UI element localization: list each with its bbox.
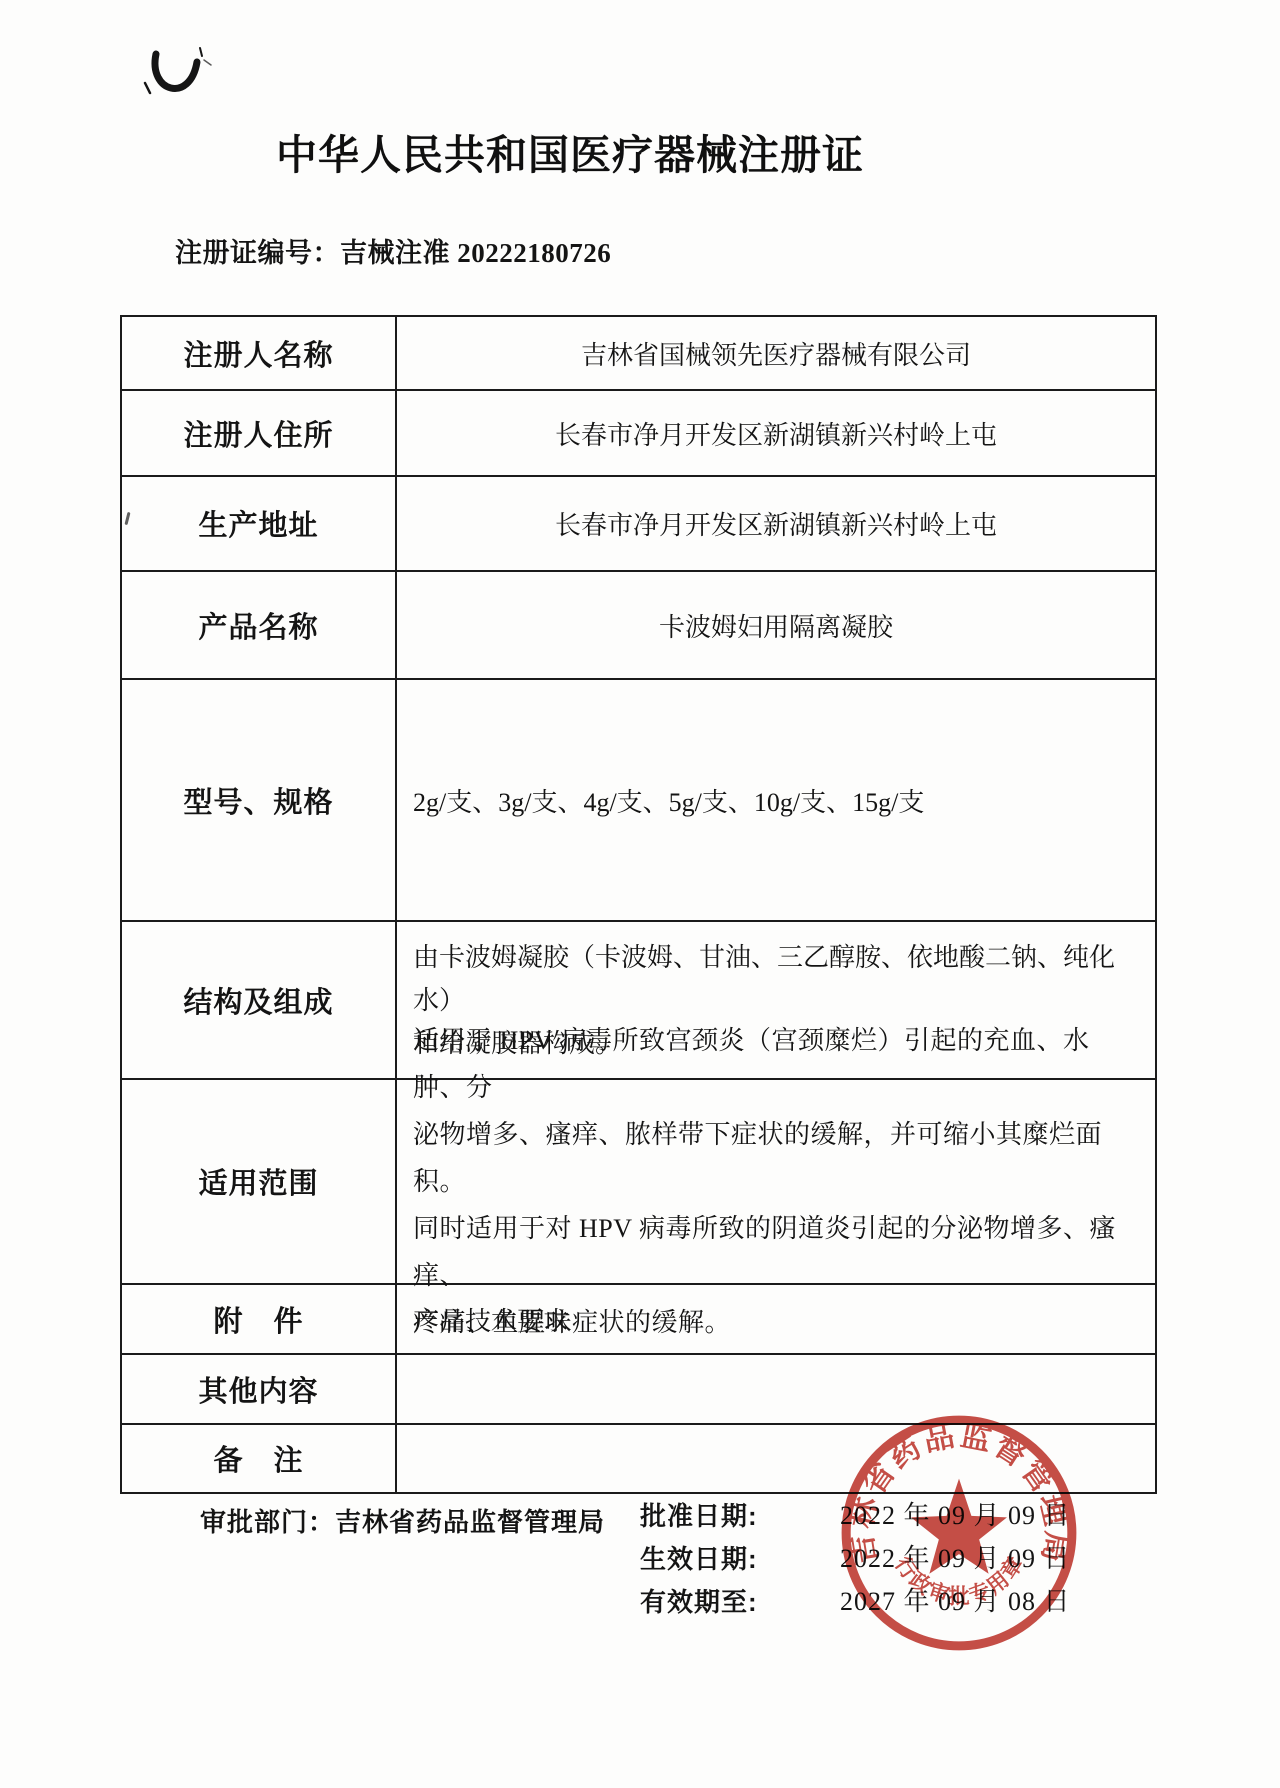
- table-row: 型号、规格 2g/支、3g/支、4g/支、5g/支、10g/支、15g/支: [122, 680, 1155, 922]
- registration-table: 注册人名称 吉林省国械领先医疗器械有限公司 注册人住所 长春市净月开发区新湖镇新…: [120, 315, 1157, 1494]
- approval-department-value: 吉林省药品监督管理局: [335, 1507, 605, 1537]
- table-row: 产品名称 卡波姆妇用隔离凝胶: [122, 572, 1155, 680]
- cert-number-label: 注册证编号：: [175, 238, 340, 268]
- scanned-certificate-page: { "page": { "title": "中华人民共和国医疗器械注册证", "…: [0, 0, 1280, 1788]
- table-row: 注册人名称 吉林省国械领先医疗器械有限公司: [122, 317, 1155, 391]
- approval-department: 审批部门：吉林省药品监督管理局: [200, 1502, 605, 1539]
- row-label: 注册人名称: [122, 317, 397, 389]
- date-label: 批准日期:: [640, 1502, 810, 1530]
- page-title: 中华人民共和国医疗器械注册证: [0, 122, 1140, 181]
- official-stamp: 吉林省药品监督管理局 行政审批专用章: [828, 1402, 1090, 1664]
- row-value: 2g/支、3g/支、4g/支、5g/支、10g/支、15g/支: [397, 680, 1155, 920]
- approval-department-label: 审批部门：: [200, 1507, 335, 1537]
- row-label: 结构及组成: [122, 922, 397, 1078]
- table-row: 附 件 产品技术要求: [122, 1285, 1155, 1355]
- row-value: 长春市净月开发区新湖镇新兴村岭上屯: [397, 477, 1155, 570]
- table-row: 生产地址 长春市净月开发区新湖镇新兴村岭上屯: [122, 477, 1155, 572]
- table-row: 适用范围 适用于 HPV 病毒所致宫颈炎（宫颈糜烂）引起的充血、水肿、分 泌物增…: [122, 1080, 1155, 1285]
- date-label: 有效期至:: [640, 1588, 810, 1616]
- date-label: 生效日期:: [640, 1545, 810, 1573]
- cert-number-value: 吉械注准 20222180726: [340, 238, 611, 268]
- cert-number-line: 注册证编号：吉械注准 20222180726: [175, 231, 611, 270]
- row-label: 其他内容: [122, 1355, 397, 1423]
- row-label: 注册人住所: [122, 391, 397, 475]
- stamp-type-arc-text: 行政审批专用章: [890, 1550, 1029, 1608]
- row-value: 产品技术要求: [397, 1285, 1155, 1353]
- row-label: 型号、规格: [122, 680, 397, 920]
- row-value: 卡波姆妇用隔离凝胶: [397, 572, 1155, 678]
- stamp-star: [911, 1479, 1007, 1574]
- row-value: 长春市净月开发区新湖镇新兴村岭上屯: [397, 391, 1155, 475]
- row-value: 适用于 HPV 病毒所致宫颈炎（宫颈糜烂）引起的充血、水肿、分 泌物增多、瘙痒、…: [397, 1080, 1155, 1283]
- pen-mark: [140, 42, 220, 112]
- row-label: 附 件: [122, 1285, 397, 1353]
- table-row: 注册人住所 长春市净月开发区新湖镇新兴村岭上屯: [122, 391, 1155, 477]
- row-label: 备 注: [122, 1425, 397, 1492]
- row-label: 生产地址: [122, 477, 397, 570]
- row-label: 产品名称: [122, 572, 397, 678]
- row-value: 吉林省国械领先医疗器械有限公司: [397, 317, 1155, 389]
- row-label: 适用范围: [122, 1080, 397, 1283]
